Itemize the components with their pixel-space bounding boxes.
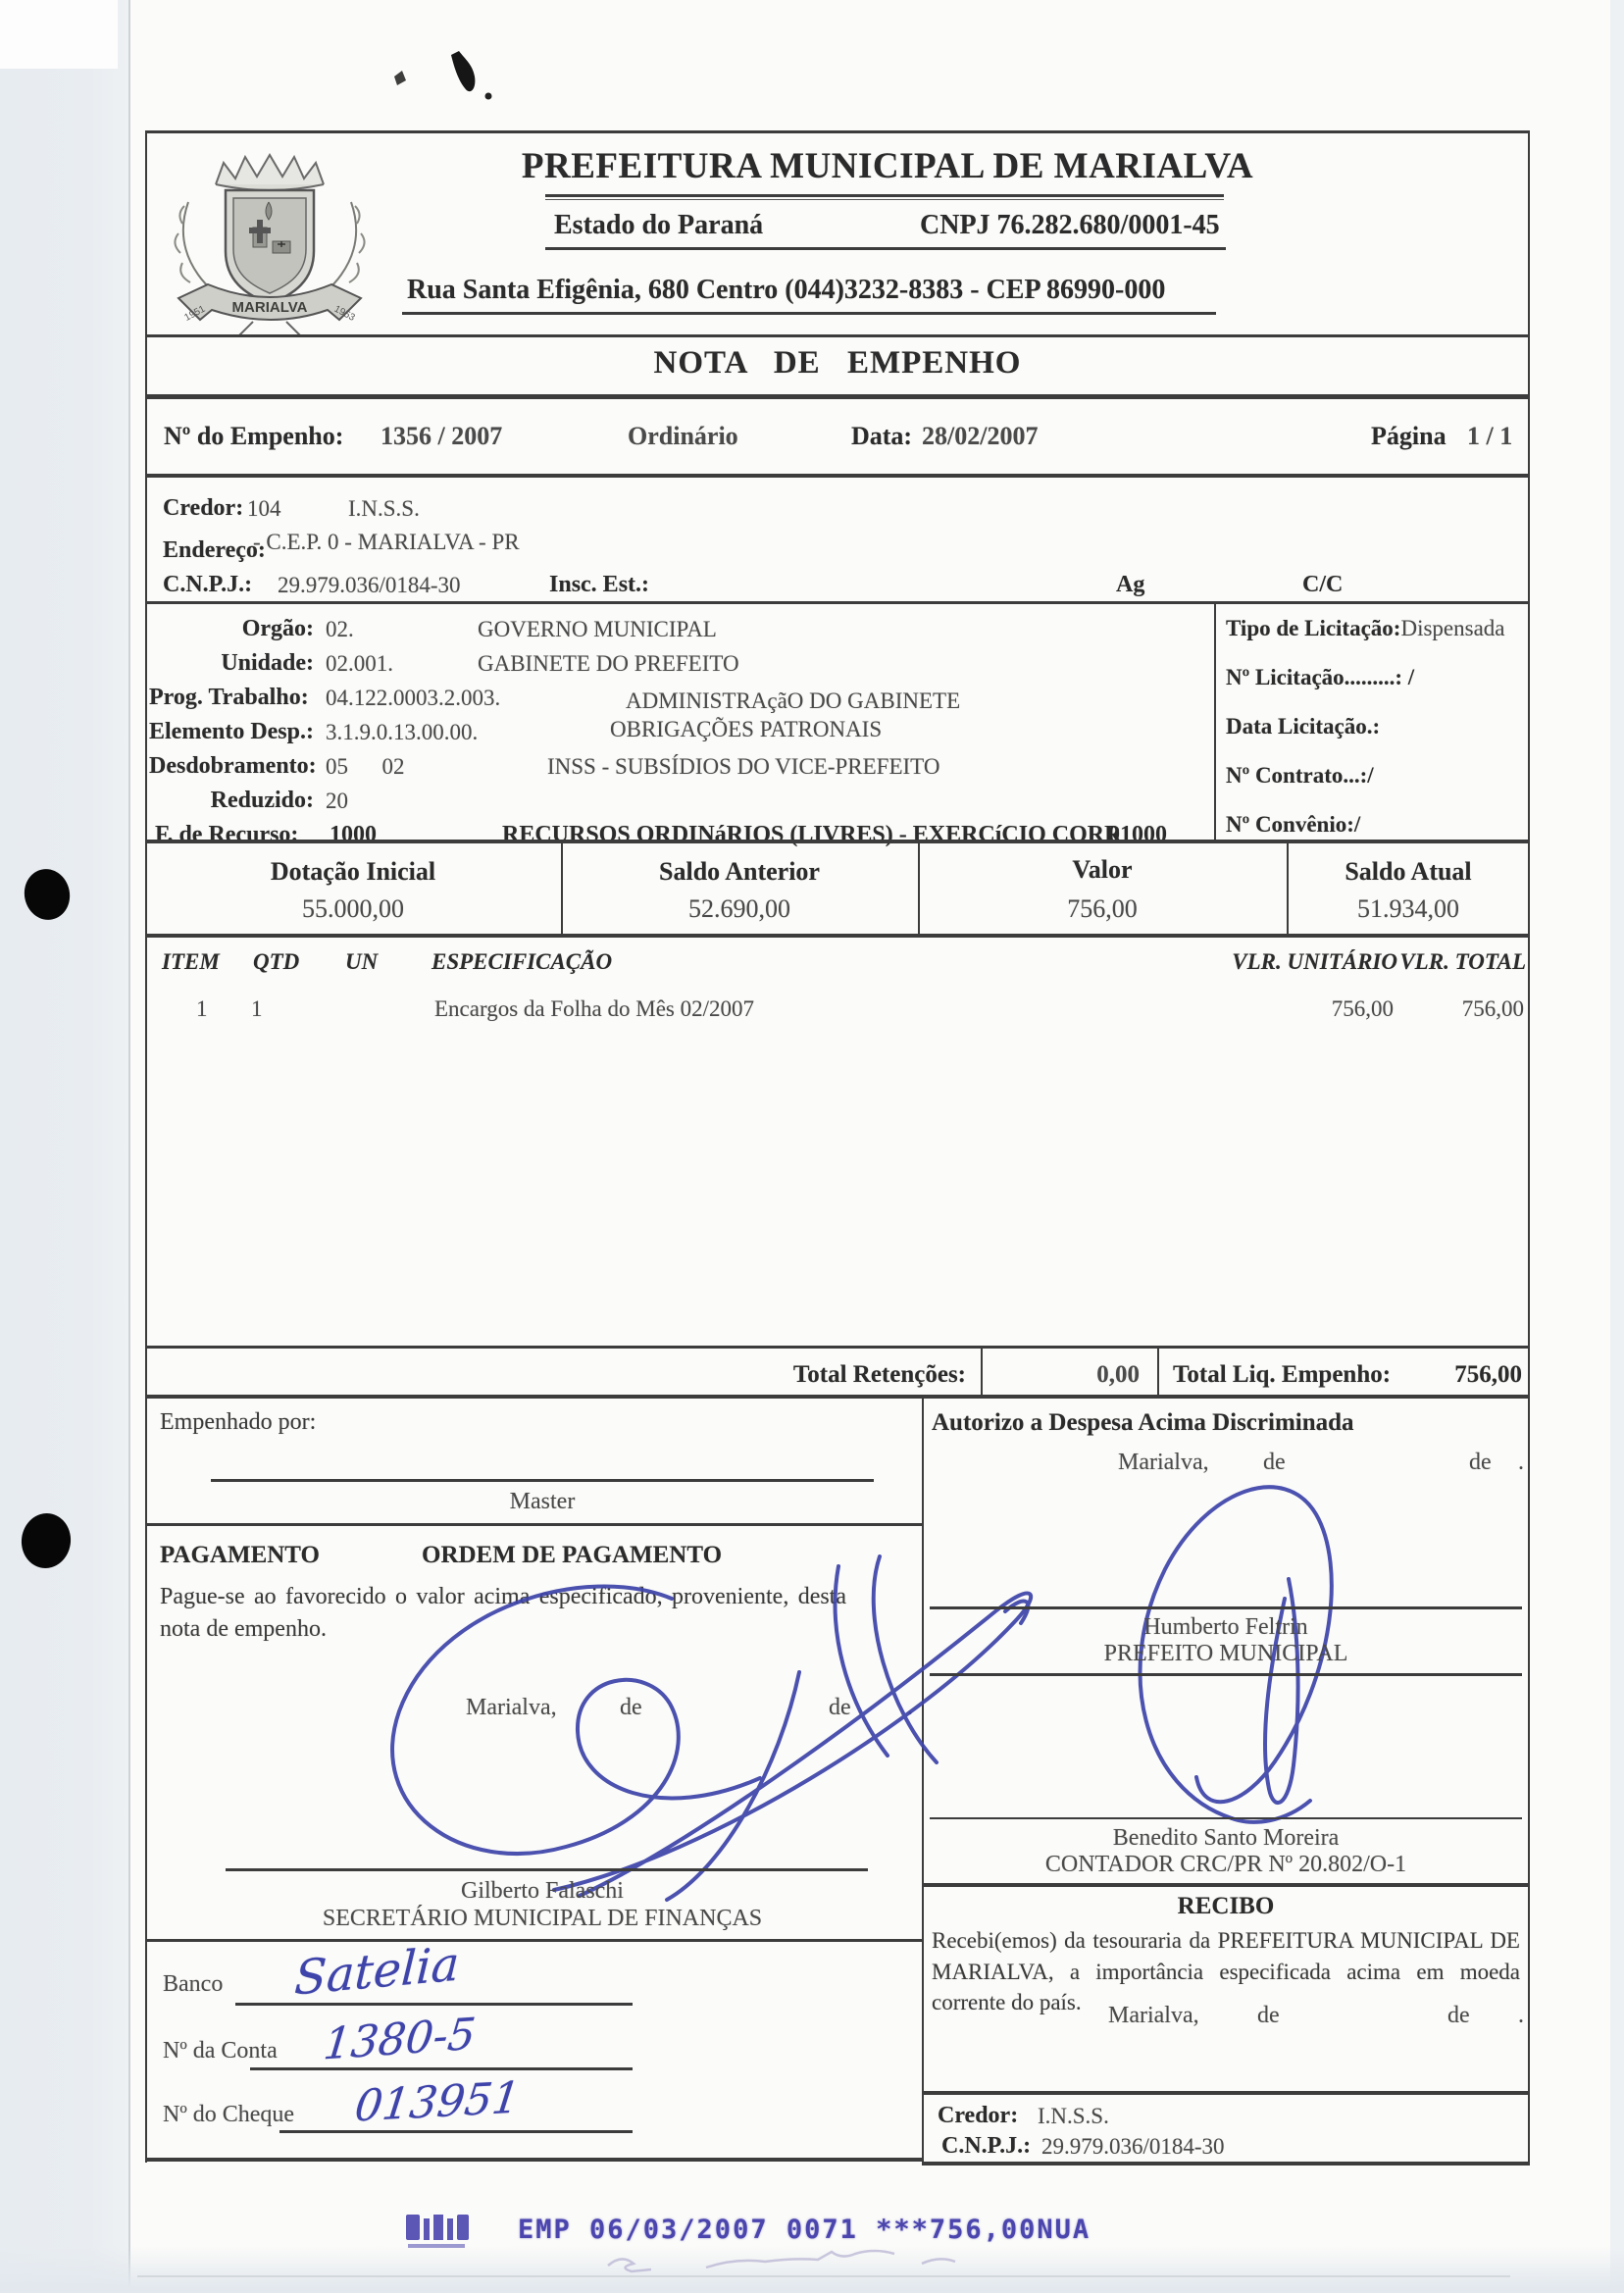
- secretario-title: SECRETÁRIO MUNICIPAL DE FINANÇAS: [211, 1906, 874, 1932]
- paper-edge-line: [128, 0, 130, 2293]
- banco-label: Banco: [163, 1971, 223, 1998]
- f-recurso-code: 1000: [330, 822, 377, 848]
- autorizo-title: Autorizo a Despesa Acima Discriminada: [932, 1409, 1354, 1437]
- scan-right-margin: [1610, 0, 1624, 2293]
- unidade-code: 02.001.: [326, 651, 393, 677]
- dotacao-inicial-header: Dotação Inicial: [147, 857, 559, 887]
- recibo-credor-value: I.N.S.S.: [1038, 2104, 1109, 2129]
- ag-label: Ag: [1116, 572, 1144, 598]
- recibo-de1: de: [1257, 2003, 1280, 2029]
- f-recurso-label: F. de Recurso:: [155, 822, 298, 848]
- creditor-rule: [145, 601, 1530, 604]
- pagamento-top-rule: [145, 1523, 924, 1526]
- recibo-dot: .: [1518, 2003, 1524, 2029]
- prefeito-title: PREFEITO MUNICIPAL: [930, 1641, 1522, 1667]
- f-recurso-desc: RECURSOS ORDINáRIOS (LIVRES) - EXERCíCIO…: [502, 822, 1121, 848]
- recibo-cnpj-value: 29.979.036/0184-30: [1041, 2134, 1225, 2160]
- prefeito-signature-line: [930, 1606, 1522, 1609]
- header-address: Rua Santa Efigênia, 680 Centro (044)3232…: [407, 275, 1165, 306]
- band-bottom-rule: [145, 394, 1530, 399]
- items-header-total: VLR. TOTAL: [1399, 949, 1526, 975]
- budget-bottom-rule: [145, 840, 1530, 843]
- header-cnpj: CNPJ 76.282.680/0001-45: [920, 210, 1220, 241]
- item-row-qtd: 1: [251, 996, 263, 1022]
- scan-left-margin: [0, 0, 128, 2293]
- endereco-value: - C.E.P. 0 - MARIALVA - PR: [253, 530, 520, 555]
- total-retencoes-label: Total Retenções:: [793, 1361, 966, 1389]
- items-header-item: ITEM: [162, 949, 220, 975]
- scan-corner: [0, 0, 118, 69]
- credor-code: 104: [247, 496, 281, 522]
- left-column-bottom-rule: [145, 2158, 924, 2162]
- recibo-cnpj-label: C.N.P.J.:: [941, 2133, 1031, 2160]
- recibo-credor-label: Credor:: [938, 2103, 1018, 2129]
- reduzido-label: Reduzido:: [147, 788, 314, 814]
- banco-section-top-rule: [145, 1939, 924, 1942]
- elemento-desp-desc: OBRIGAÇÕES PATRONAIS: [610, 717, 882, 742]
- insc-est-label: Insc. Est.:: [549, 572, 649, 598]
- recibo-de2: de: [1447, 2003, 1470, 2029]
- recibo-text: Recebi(emos) da tesouraria da PREFEITURA…: [932, 1925, 1520, 2018]
- conta-label: Nº da Conta: [163, 2038, 278, 2064]
- orgao-code: 02.: [326, 617, 354, 642]
- items-header-unitario: VLR. UNITÁRIO: [1232, 949, 1397, 975]
- header-top-rule: [145, 130, 1530, 133]
- items-header-espec: ESPECIFICAÇÃO: [431, 949, 612, 975]
- credor-name: I.N.S.S.: [348, 496, 420, 522]
- unidade-desc: GABINETE DO PREFEITO: [478, 651, 739, 677]
- page-number-label: Página: [1371, 422, 1446, 451]
- title-underline-2: [545, 199, 1224, 200]
- total-liq-label: Total Liq. Empenho:: [1173, 1361, 1391, 1389]
- autorizo-dot: .: [1518, 1450, 1524, 1476]
- conta-line: [250, 2067, 633, 2070]
- tipo-licitacao-value: Dispensada: [1400, 616, 1504, 640]
- orgao-desc: GOVERNO MUNICIPAL: [478, 617, 717, 642]
- municipal-coat-of-arms: MARIALVA 1951 1953: [159, 143, 381, 337]
- desdobramento-desc: INSS - SUBSÍDIOS DO VICE-PREFEITO: [547, 754, 939, 780]
- saldo-anterior-header: Saldo Anterior: [563, 857, 916, 887]
- prog-trabalho-code: 04.122.0003.2.003.: [326, 686, 500, 711]
- svg-text:MARIALVA: MARIALVA: [232, 299, 308, 316]
- tipo-licitacao-label: Tipo de Licitação:: [1226, 616, 1400, 640]
- endereco-label: Endereço:: [163, 537, 266, 564]
- item-row-total: 756,00: [1462, 996, 1524, 1022]
- item-row-espec: Encargos da Folha do Mês 02/2007: [434, 996, 754, 1022]
- tipo-licitacao-line: Tipo de Licitação:Dispensada: [1226, 616, 1505, 641]
- licitacao-divider: [1214, 604, 1216, 840]
- header-state: Estado do Paraná: [554, 210, 763, 241]
- totals-bottom-rule: [145, 1395, 1530, 1399]
- contador-signature-line: [930, 1817, 1522, 1819]
- secretario-signature-line: [226, 1868, 868, 1871]
- item-row-unitario: 756,00: [1332, 996, 1394, 1022]
- total-liq-value: 756,00: [1454, 1361, 1522, 1389]
- saldo-anterior-value: 52.690,00: [563, 894, 916, 924]
- page-title: PREFEITURA MUNICIPAL DE MARIALVA: [412, 145, 1363, 187]
- empenho-row-rule: [145, 474, 1530, 478]
- recibo-top-rule: [922, 1883, 1530, 1887]
- empenho-number: 1356 / 2007: [381, 422, 502, 451]
- doc-title: NOTA DE EMPENHO: [145, 345, 1530, 382]
- reduzido-code: 20: [326, 789, 348, 814]
- outer-left-border: [145, 130, 147, 2163]
- prog-trabalho-desc: ADMINISTRAçãO DO GABINETE: [626, 688, 960, 714]
- orgao-label: Orgão:: [147, 616, 314, 642]
- autorizo-bottom-rule: [930, 1673, 1522, 1676]
- outer-right-border: [1528, 130, 1530, 2163]
- elemento-desp-code: 3.1.9.0.13.00.00.: [326, 720, 478, 745]
- autorizo-de2: de: [1469, 1450, 1492, 1476]
- recibo-credor-rule: [922, 2091, 1530, 2095]
- totals-divider-2: [1157, 1349, 1159, 1396]
- num-licitacao-label: Nº Licitação.........: /: [1226, 665, 1414, 690]
- cheque-line: [279, 2130, 633, 2133]
- total-retencoes-value: 0,00: [1096, 1361, 1140, 1389]
- credor-label: Credor:: [163, 495, 243, 522]
- contrato-label: Nº Contrato...:/: [1226, 763, 1374, 789]
- saldo-atual-value: 51.934,00: [1289, 894, 1528, 924]
- master-caption: Master: [211, 1489, 874, 1515]
- cnpj-label: C.N.P.J.:: [163, 572, 252, 598]
- contador-title: CONTADOR CRC/PR Nº 20.802/O-1: [930, 1852, 1522, 1878]
- convenio-label: Nº Convênio:/: [1226, 812, 1360, 838]
- stamp-logo: [404, 2209, 502, 2256]
- state-underline: [545, 247, 1226, 250]
- validator-stamp-text: EMP 06/03/2007 0071 ***756,00NUA: [518, 2215, 1091, 2245]
- items-header-qtd: QTD: [253, 949, 299, 975]
- valor-header: Valor: [920, 855, 1285, 885]
- cheque-handwriting: 013951: [352, 2072, 523, 2131]
- data-licitacao-label: Data Licitação.:: [1226, 714, 1380, 739]
- scanned-nota-de-empenho: MARIALVA 1951 1953 PREFEITURA MUNICIPAL …: [0, 0, 1624, 2293]
- totals-top-rule: [145, 1346, 1530, 1349]
- cnpj-value: 29.979.036/0184-30: [278, 573, 461, 598]
- empenho-number-label: Nº do Empenho:: [164, 422, 343, 451]
- valor-value: 756,00: [920, 894, 1285, 924]
- right-column-bottom-rule: [922, 2162, 1530, 2166]
- empenho-date: 28/02/2007: [922, 422, 1038, 451]
- ink-marks: [382, 39, 530, 118]
- cc-label: C/C: [1302, 572, 1343, 598]
- unidade-label: Unidade:: [147, 650, 314, 677]
- items-header-un: UN: [345, 949, 378, 975]
- empenho-type: Ordinário: [628, 422, 738, 451]
- saldo-atual-header: Saldo Atual: [1289, 857, 1528, 887]
- secretario-name: Gilberto Falaschi: [211, 1878, 874, 1905]
- totals-divider-1: [981, 1349, 983, 1396]
- master-signature-line: [211, 1479, 874, 1482]
- desdobramento-code: 05 02: [326, 754, 405, 780]
- page-number: 1 / 1: [1467, 422, 1512, 451]
- address-underline: [402, 312, 1216, 315]
- empenhado-por-label: Empenhado por:: [160, 1409, 316, 1436]
- scan-bottom-line: [137, 2275, 1510, 2277]
- f-recurso-extra: 01000: [1108, 822, 1167, 848]
- prefeito-name: Humberto Feltrin: [930, 1614, 1522, 1641]
- band-top-rule: [145, 334, 1530, 337]
- item-row-item: 1: [196, 996, 208, 1022]
- desdobramento-label: Desdobramento:: [149, 753, 317, 780]
- contador-name: Benedito Santo Moreira: [930, 1825, 1522, 1852]
- empenho-date-label: Data:: [851, 422, 912, 451]
- recibo-title: RECIBO: [930, 1893, 1522, 1920]
- elemento-desp-label: Elemento Desp.:: [149, 719, 314, 745]
- dotacao-inicial-value: 55.000,00: [147, 894, 559, 924]
- title-underline: [545, 194, 1224, 197]
- recibo-city: Marialva,: [1108, 2003, 1199, 2029]
- faint-pencil-scribble: [588, 2244, 1040, 2283]
- cheque-label: Nº do Cheque: [163, 2102, 294, 2128]
- prog-trabalho-label: Prog. Trabalho:: [149, 685, 309, 711]
- amounts-bottom-rule: [145, 934, 1530, 938]
